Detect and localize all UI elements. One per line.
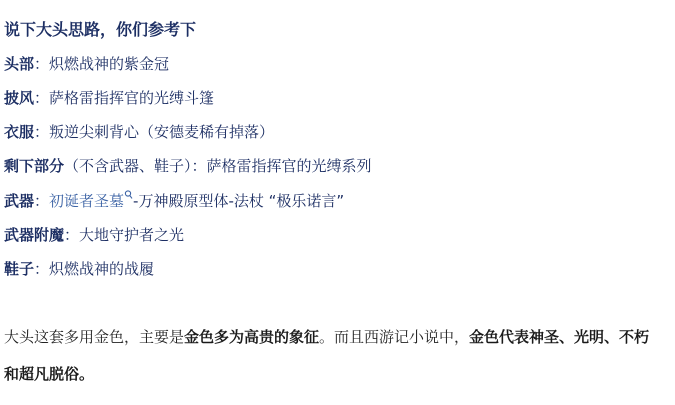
list-item-remaining: 剩下部分（不含武器、鞋子）：萨格雷指挥官的光缚系列	[4, 156, 665, 176]
item-label: 剩下部分	[4, 157, 64, 175]
item-text: -万神殿原型体-法杖 “极乐诺言”	[133, 192, 344, 210]
post-body: 说下大头思路，你们参考下 头部：炽燃战神的紫金冠 披风：萨格雷指挥官的光缚斗篷 …	[0, 0, 675, 393]
item-label: 鞋子	[4, 260, 34, 278]
item-text: ：炽燃战神的战履	[34, 260, 154, 278]
item-text: ：叛逆尖刺背心（安德麦稀有掉落）	[34, 123, 274, 141]
item-label: 武器附魔	[4, 226, 64, 244]
list-item-weapon: 武器：初诞者圣墓-万神殿原型体-法杖 “极乐诺言”	[4, 190, 665, 211]
list-item-head: 头部：炽燃战神的紫金冠	[4, 54, 665, 74]
item-text: ：萨格雷指挥官的光缚斗篷	[34, 89, 214, 107]
item-text: ：炽燃战神的紫金冠	[34, 55, 169, 73]
weapon-wiki-link[interactable]: 初诞者圣墓	[49, 192, 124, 210]
list-item-boots: 鞋子：炽燃战神的战履	[4, 259, 665, 279]
item-label: 衣服	[4, 123, 34, 141]
footer-text: 。而且西游记小说中，	[319, 328, 469, 346]
search-icon[interactable]	[124, 193, 133, 203]
item-label: 披风	[4, 89, 34, 107]
footer-bold-text: 金色多为高贵的象征	[184, 328, 319, 346]
item-text: （不含武器、鞋子）：萨格雷指挥官的光缚系列	[64, 157, 372, 175]
item-label: 武器	[4, 192, 34, 210]
list-item-enchant: 武器附魔：大地守护者之光	[4, 225, 665, 245]
footer-paragraph: 大头这套多用金色，主要是金色多为高贵的象征。而且西游记小说中，金色代表神圣、光明…	[4, 319, 660, 393]
footer-text: 大头这套多用金色，主要是	[4, 328, 184, 346]
list-item-cloak: 披风：萨格雷指挥官的光缚斗篷	[4, 88, 665, 108]
post-title: 说下大头思路，你们参考下	[4, 20, 665, 40]
list-item-chest: 衣服：叛逆尖刺背心（安德麦稀有掉落）	[4, 122, 665, 142]
item-label: 头部	[4, 55, 34, 73]
item-colon: ：	[34, 192, 49, 210]
item-text: ：大地守护者之光	[64, 226, 184, 244]
